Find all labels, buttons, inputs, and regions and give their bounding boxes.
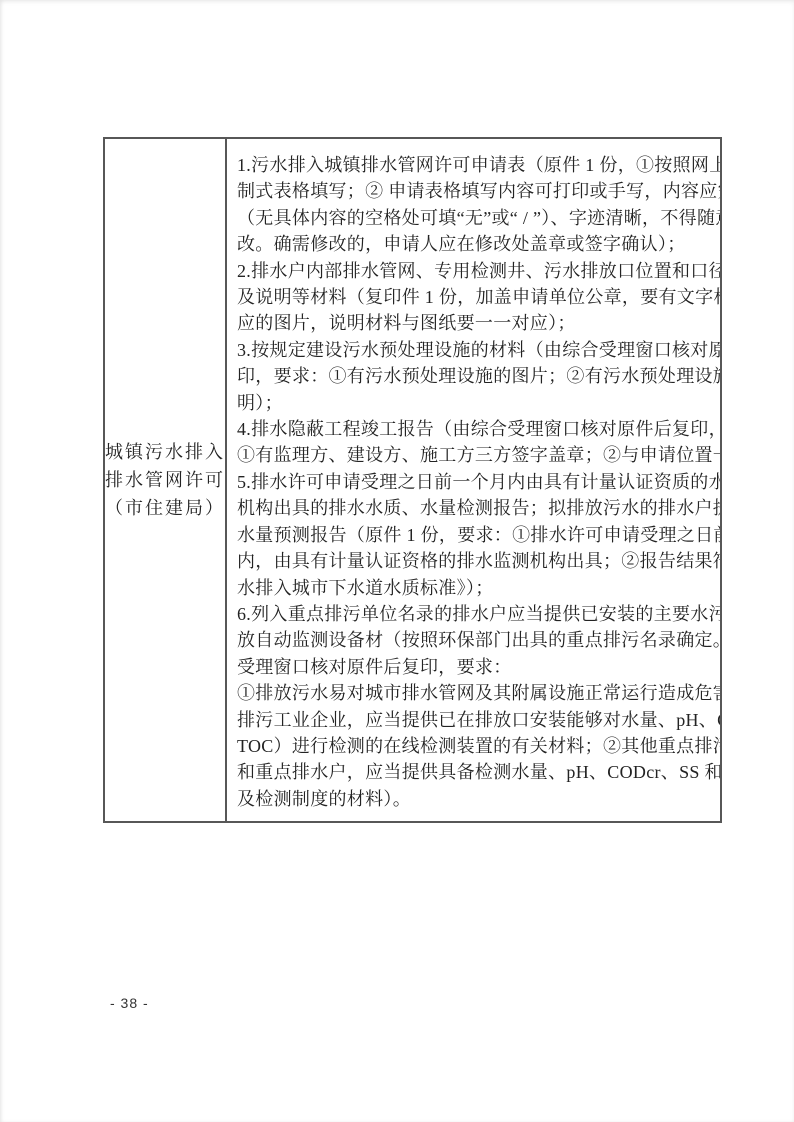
requirement-item-2: 2.排水户内部排水管网、专用检测井、污水排放口位置和口径的图纸及说明等材料（复印…: [237, 258, 715, 337]
requirement-line: 内，由具有计量认证资格的排水监测机构出具；②报告结果符合《污: [237, 548, 715, 574]
permit-name-line-1: 城镇污水排入: [105, 438, 225, 466]
permit-name-line-2: 排水管网许可: [105, 466, 225, 494]
requirement-line: TOC）进行检测的在线检测装置的有关材料；②其他重点排污工业企业: [237, 733, 715, 759]
requirement-line: ①有监理方、建设方、施工方三方签字盖章；②与申请位置一致）；: [237, 442, 715, 468]
requirement-item-6: 6.列入重点排污单位名录的排水户应当提供已安装的主要水污染物排放自动监测设备材（…: [237, 601, 715, 812]
document-page: { "page": { "page_number": "- 38 -" }, "…: [0, 0, 794, 1122]
permit-name-line-3: （市住建局）: [105, 494, 225, 522]
requirement-line: 明）；: [237, 390, 715, 416]
requirement-line: 排污工业企业，应当提供已在排放口安装能够对水量、pH、CODcr（或: [237, 707, 715, 733]
requirement-line: 2.排水户内部排水管网、专用检测井、污水排放口位置和口径的图纸: [237, 258, 715, 284]
requirement-line: 6.列入重点排污单位名录的排水户应当提供已安装的主要水污染物排: [237, 601, 715, 627]
requirement-line: 放自动监测设备材（按照环保部门出具的重点排污名录确定。由综合: [237, 627, 715, 653]
requirement-item-1: 1.污水排入城镇排水管网许可申请表（原件 1 份，①按照网上公示的制式表格填写；…: [237, 152, 715, 258]
requirement-line: 机构出具的排水水质、水量检测报告；拟排放污水的排水户提交水质、: [237, 495, 715, 521]
requirement-line: 水量预测报告（原件 1 份，要求：①排水许可申请受理之日前一个月: [237, 522, 715, 548]
page-number: - 38 -: [110, 995, 149, 1011]
requirement-item-4: 4.排水隐蔽工程竣工报告（由综合受理窗口核对原件后复印，要求：①有监理方、建设方…: [237, 416, 715, 469]
requirement-item-3: 3.按规定建设污水预处理设施的材料（由综合受理窗口核对原件后复印，要求：①有污水…: [237, 337, 715, 416]
requirement-line: 及检测制度的材料）。: [237, 786, 715, 812]
requirement-line: 制式表格填写；② 申请表格填写内容可打印或手写，内容应完整准确: [237, 178, 715, 204]
requirement-line: 改。确需修改的，申请人应在修改处盖章或签字确认）；: [237, 231, 715, 257]
permit-name-cell: 城镇污水排入排水管网许可（市住建局）: [105, 139, 227, 821]
requirement-line: （无具体内容的空格处可填“无”或“ / ”）、字迹清晰，不得随意涂: [237, 205, 715, 231]
requirement-line: 受理窗口核对原件后复印，要求：: [237, 654, 715, 680]
requirement-line: 和重点排水户，应当提供具备检测水量、pH、CODcr、SS 和氨氮能力: [237, 759, 715, 785]
requirement-line: 应的图片，说明材料与图纸要一一对应）；: [237, 310, 715, 336]
requirement-item-5: 5.排水许可申请受理之日前一个月内由具有计量认证资质的水质检测机构出具的排水水质…: [237, 469, 715, 601]
permit-table: 城镇污水排入排水管网许可（市住建局） 1.污水排入城镇排水管网许可申请表（原件 …: [103, 137, 722, 823]
requirement-line: 4.排水隐蔽工程竣工报告（由综合受理窗口核对原件后复印，要求：: [237, 416, 715, 442]
requirements-cell: 1.污水排入城镇排水管网许可申请表（原件 1 份，①按照网上公示的制式表格填写；…: [227, 139, 720, 821]
requirement-line: 1.污水排入城镇排水管网许可申请表（原件 1 份，①按照网上公示的: [237, 152, 715, 178]
requirement-line: 3.按规定建设污水预处理设施的材料（由综合受理窗口核对原件后复: [237, 337, 715, 363]
requirement-line: 5.排水许可申请受理之日前一个月内由具有计量认证资质的水质检测: [237, 469, 715, 495]
requirement-line: 及说明等材料（复印件 1 份，加盖申请单位公章，要有文字材料和相: [237, 284, 715, 310]
requirement-line: 水排入城市下水道水质标准》）；: [237, 575, 715, 601]
requirement-line: ①排放污水易对城市排水管网及其附属设施正常运行造成危害的重点: [237, 680, 715, 706]
requirement-line: 印，要求：①有污水预处理设施的图片；②有污水预处理设施情况说: [237, 363, 715, 389]
